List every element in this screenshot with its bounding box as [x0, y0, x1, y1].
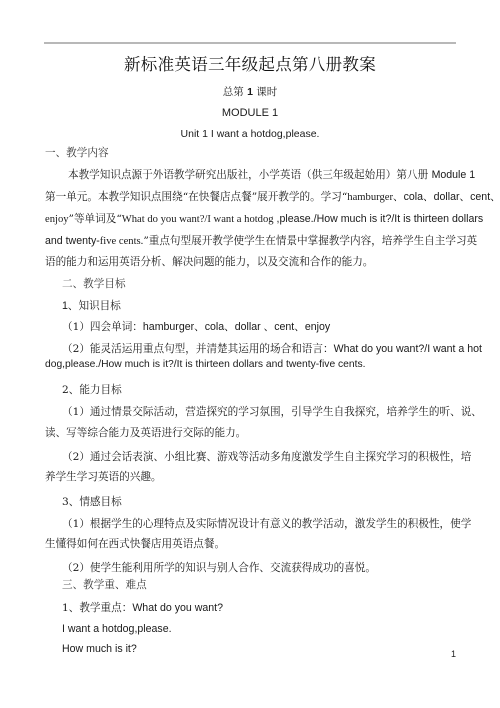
- key-point-line: I want a hotdog,please.: [62, 622, 172, 636]
- list-item: （2）使学生能利用所学的知识与别人合作、交流获得成功的喜悦。: [62, 561, 376, 575]
- paragraph-line: 第一单元。本教学知识点围绕“在快餐店点餐”展开教学的。学习“hamburger、…: [45, 190, 456, 205]
- text-span: 1、教学重点：: [62, 602, 132, 614]
- paragraph-line: 本教学知识点源于外语教学研究出版社，小学英语（供三年级起始用）第八册 Modul…: [68, 168, 456, 182]
- text-span: What do you want?/I want a hotdog: [122, 214, 274, 225]
- text-span: ”等单词及“: [69, 213, 122, 225]
- lesson-count: 总第 1 课时: [0, 85, 500, 99]
- text-span: What do you want?: [132, 602, 223, 614]
- text-span: hamburger: [347, 192, 393, 203]
- list-item-continued: 生懂得如何在西式快餐店用英语点餐。: [45, 537, 225, 551]
- section-heading-teaching-content: 一、教学内容: [45, 146, 109, 160]
- text-span: ,please./How much is it?/It is thirteen …: [274, 213, 484, 225]
- key-point-line: How much is it?: [62, 642, 137, 656]
- text-span: five cents.: [100, 236, 144, 247]
- list-item: （1）四会单词：hamburger、cola、dollar 、cent、enjo…: [62, 320, 330, 334]
- text-span: 、cola、dollar、cent、: [393, 191, 500, 203]
- text-span: enjoy: [45, 214, 69, 225]
- list-item-continued: dog,please./How much is it?/It is thirte…: [45, 358, 366, 372]
- key-point-line: 1、教学重点：What do you want?: [62, 601, 223, 615]
- document-page: 新标准英语三年级起点第八册教案 总第 1 课时 MODULE 1 Unit 1 …: [0, 0, 500, 708]
- list-item: （2）能灵活运用重点句型，并清楚其运用的场合和语言：What do you wa…: [62, 342, 456, 356]
- lesson-count-prefix: 总第: [223, 86, 247, 98]
- text-span: hamburger、cola、dollar 、cent、enjoy: [143, 321, 330, 333]
- text-span: （1）四会单词：: [62, 321, 143, 333]
- section-heading-key-difficult-points: 三、教学重、难点: [62, 578, 147, 592]
- list-item-continued: 读、写等综合能力及英语进行交际的能力。: [45, 426, 246, 440]
- subheading-ability-goals: 2、能力目标: [62, 383, 122, 397]
- section-heading-teaching-goals: 二、教学目标: [62, 277, 126, 291]
- header-rule: [44, 42, 456, 44]
- list-item-continued: 养学生学习英语的兴趣。: [45, 470, 162, 484]
- subheading-knowledge-goals: 1、知识目标: [62, 299, 121, 313]
- text-span: 本教学知识点源于外语教学研究出版社，小学英语（供三年级起始用）第八册: [68, 169, 432, 181]
- paragraph-line: and twenty-five cents.”重点句型展开教学使学生在情景中掌握…: [45, 234, 456, 249]
- page-number: 1: [451, 649, 456, 659]
- subheading-emotional-goals: 3、情感目标: [62, 495, 122, 509]
- document-title: 新标准英语三年级起点第八册教案: [0, 54, 500, 76]
- list-item: （1）通过情景交际活动，营造探究的学习氛围，引导学生自我探究，培养学生的听、说、: [62, 405, 456, 419]
- list-item: （2）通过会话表演、小组比赛、游戏等活动多角度激发学生自主探究学习的积极性，培: [62, 450, 456, 464]
- paragraph-line: enjoy”等单词及“What do you want?/I want a ho…: [45, 212, 456, 227]
- paragraph-line: 语的能力和运用英语分析、解决问题的能力，以及交流和合作的能力。: [45, 255, 373, 269]
- unit-heading: Unit 1 I want a hotdog,please.: [0, 127, 500, 141]
- text-span: What do you want?/I want a hot: [334, 343, 482, 355]
- text-span: （2）能灵活运用重点句型，并清楚其运用的场合和语言：: [62, 343, 334, 355]
- text-span: ”重点句型展开教学使学生在情景中掌握教学内容，培养学生自主学习英: [143, 235, 477, 247]
- text-span: 1、知识目标: [62, 300, 121, 312]
- list-item: （1）根据学生的心理特点及实际情况设计有意义的教学活动，激发学生的积极性，使学: [62, 517, 456, 531]
- text-span: and twenty-: [45, 235, 100, 247]
- text-span: 第一单元。本教学知识点围绕“在快餐店点餐”展开教学的。学习“: [45, 191, 347, 203]
- module-heading: MODULE 1: [0, 106, 500, 120]
- text-span: Module 1: [432, 169, 476, 181]
- lesson-count-suffix: 课时: [253, 86, 277, 98]
